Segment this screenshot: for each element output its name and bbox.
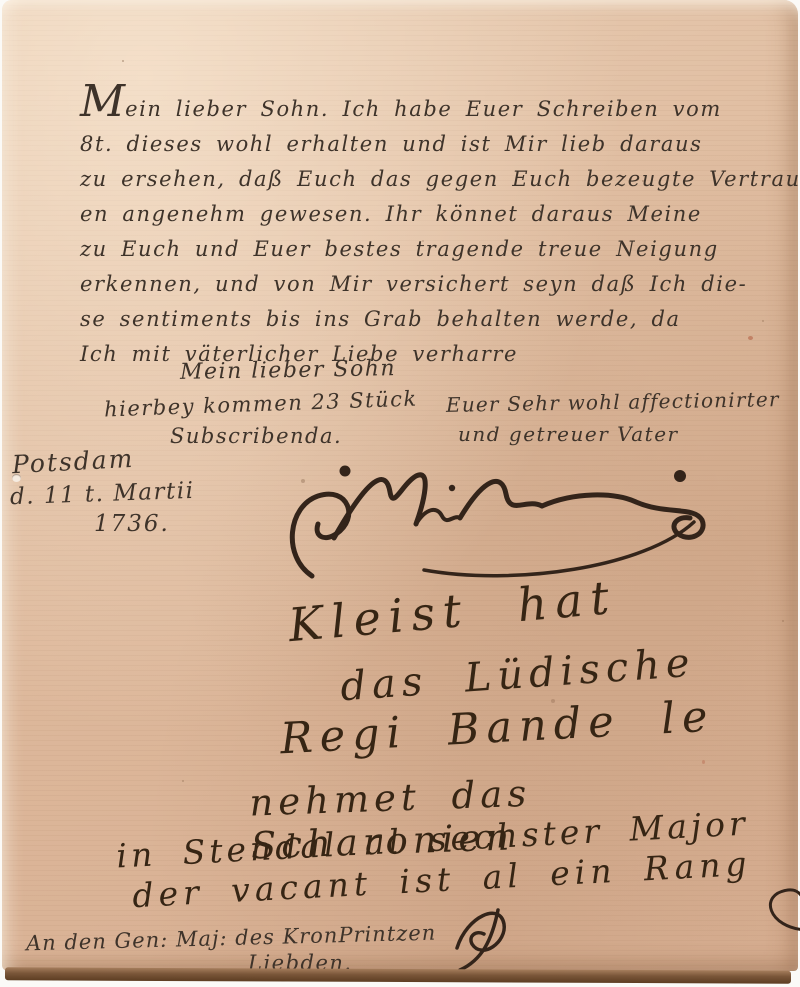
salutation-repeat: Mein lieber Sohn <box>180 356 397 385</box>
body-line: en angenehm gewesen. Ihr könnet daraus M… <box>80 197 760 232</box>
enclosure-note-line2: Subscribenda. <box>170 424 342 448</box>
letter-body: Mein lieber Sohn. Ich habe Euer Schreibe… <box>80 92 760 372</box>
dateline-place: Potsdam <box>11 444 135 479</box>
closing-line2: und getreuer Vater <box>458 422 679 446</box>
paper-bottom-edge <box>5 967 791 983</box>
body-line: 8t. dieses wohl erhalten und ist Mir lie… <box>80 127 760 162</box>
letter-paper: Mein lieber Sohn. Ich habe Euer Schreibe… <box>2 0 798 971</box>
king-paraph-flourish <box>442 900 537 975</box>
address-line1: An den Gen: Maj: des KronPrintzen <box>26 921 437 956</box>
body-line: zu ersehen, daß Euch das gegen Euch beze… <box>80 162 760 197</box>
letter-scan: Mein lieber Sohn. Ich habe Euer Schreibe… <box>0 0 800 987</box>
body-line: Mein lieber Sohn. Ich habe Euer Schreibe… <box>80 92 760 127</box>
royal-signature-flourish <box>274 458 734 598</box>
enclosure-note-line1: hierbey kommen 23 Stück <box>104 387 418 422</box>
body-line: se sentiments bis ins Grab behalten werd… <box>80 302 760 337</box>
body-line: zu Euch und Euer bestes tragende treue N… <box>80 232 760 267</box>
closing-line1: Euer Sehr wohl affectionirter <box>446 387 780 417</box>
body-line: erkennen, und von Mir versichert seyn da… <box>80 267 760 302</box>
edge-ink-loop <box>756 884 800 936</box>
dateline-date: d. 11 t. Martii <box>10 478 195 510</box>
paper-specks <box>122 60 124 62</box>
dateline-year: 1736. <box>94 511 170 537</box>
foxing-spot <box>702 760 705 764</box>
